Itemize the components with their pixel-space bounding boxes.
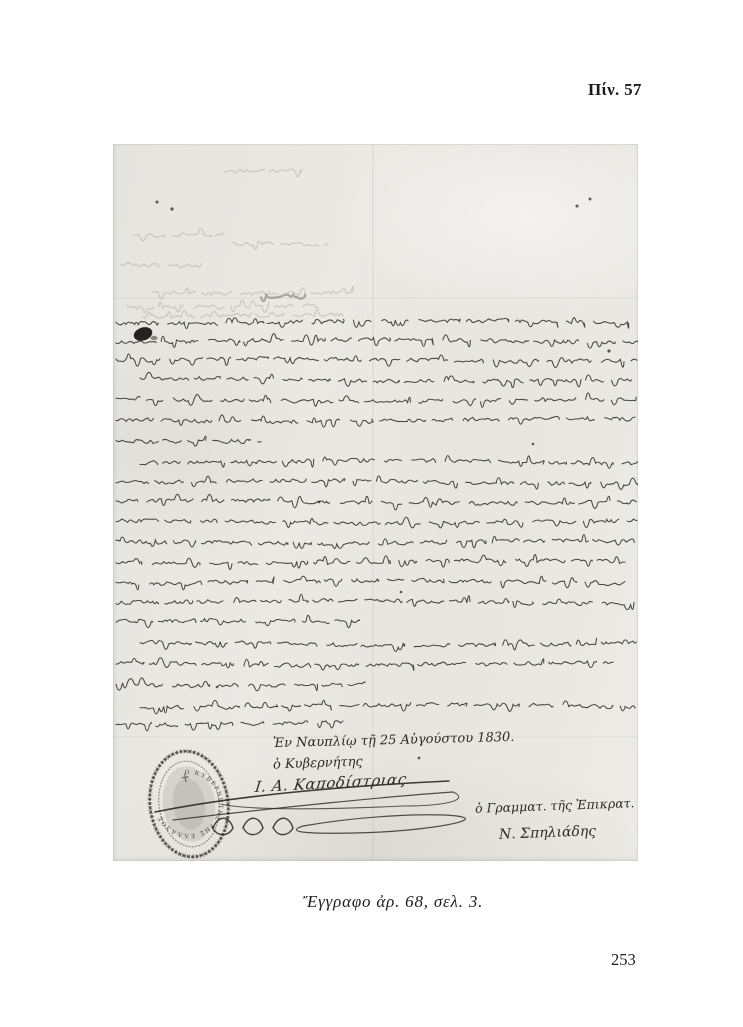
ink-speck [318, 501, 321, 504]
book-page: Πίν. 57 Ο ΚΥΒΕΡΝΗΤΗΣ ΤΗΣ ΕΛΛΑΔΟΣ [0, 0, 743, 1027]
spiliadis-signature: Ν. Σπηλιάδης [499, 823, 597, 842]
handwriting-line [116, 494, 636, 510]
governor-title: ὁ Κυβερνήτης [273, 754, 363, 772]
bleedthrough-mark [127, 300, 318, 312]
handwriting-line [116, 318, 629, 329]
ink-speck [589, 198, 592, 201]
ink-specks [155, 198, 610, 760]
bleedthrough-mark [225, 169, 302, 177]
handwriting-line [140, 700, 635, 714]
handwriting-line [116, 436, 261, 446]
handwriting-line [116, 393, 636, 407]
ink-speck [216, 686, 219, 689]
ink-blot [132, 325, 154, 343]
handwriting-layer: Ο ΚΥΒΕΡΝΗΤΗΣ ΤΗΣ ΕΛΛΑΔΟΣ [113, 144, 638, 861]
figure-caption: Ἔγγραφο ἀρ. 68, σελ. 3. [303, 892, 483, 912]
handwriting-line [116, 334, 638, 349]
ink-speck [575, 204, 578, 207]
handwriting-line [116, 476, 638, 490]
ink-speck [532, 443, 535, 446]
handwritten-body-text [116, 318, 638, 731]
handwriting-line [116, 678, 365, 691]
handwriting-line [140, 372, 631, 387]
handwriting-line [140, 638, 636, 651]
bleedthrough-smudge [261, 295, 305, 301]
bleedthrough-mark [121, 263, 201, 268]
handwriting-line [116, 658, 613, 671]
bleedthrough-mark [133, 228, 223, 241]
ink-speck [170, 207, 173, 210]
handwriting-line [116, 615, 360, 627]
manuscript-scan: Ο ΚΥΒΕΡΝΗΤΗΣ ΤΗΣ ΕΛΛΑΔΟΣ Ἐν Ναυπλίῳ τῇ 2… [113, 144, 638, 861]
handwriting-line [140, 456, 638, 469]
bleedthrough-mark [143, 309, 343, 318]
bleedthrough-mark [153, 286, 353, 298]
ink-blot-small [151, 336, 158, 340]
plate-label: Πίν. 57 [588, 80, 642, 100]
handwriting-line [116, 517, 637, 528]
handwriting-line [116, 354, 637, 368]
handwriting-line [116, 415, 635, 427]
handwriting-line [116, 576, 625, 590]
handwriting-line [116, 555, 625, 570]
ink-speck [155, 200, 158, 203]
handwriting-line [116, 535, 634, 549]
ink-speck [418, 757, 421, 760]
bleedthrough-mark [233, 242, 328, 250]
ink-bleedthrough [121, 169, 353, 318]
page-number: 253 [611, 950, 636, 970]
ink-speck [607, 349, 610, 352]
ink-speck [400, 591, 403, 594]
handwriting-line [116, 594, 634, 609]
handwriting-line [116, 721, 343, 731]
